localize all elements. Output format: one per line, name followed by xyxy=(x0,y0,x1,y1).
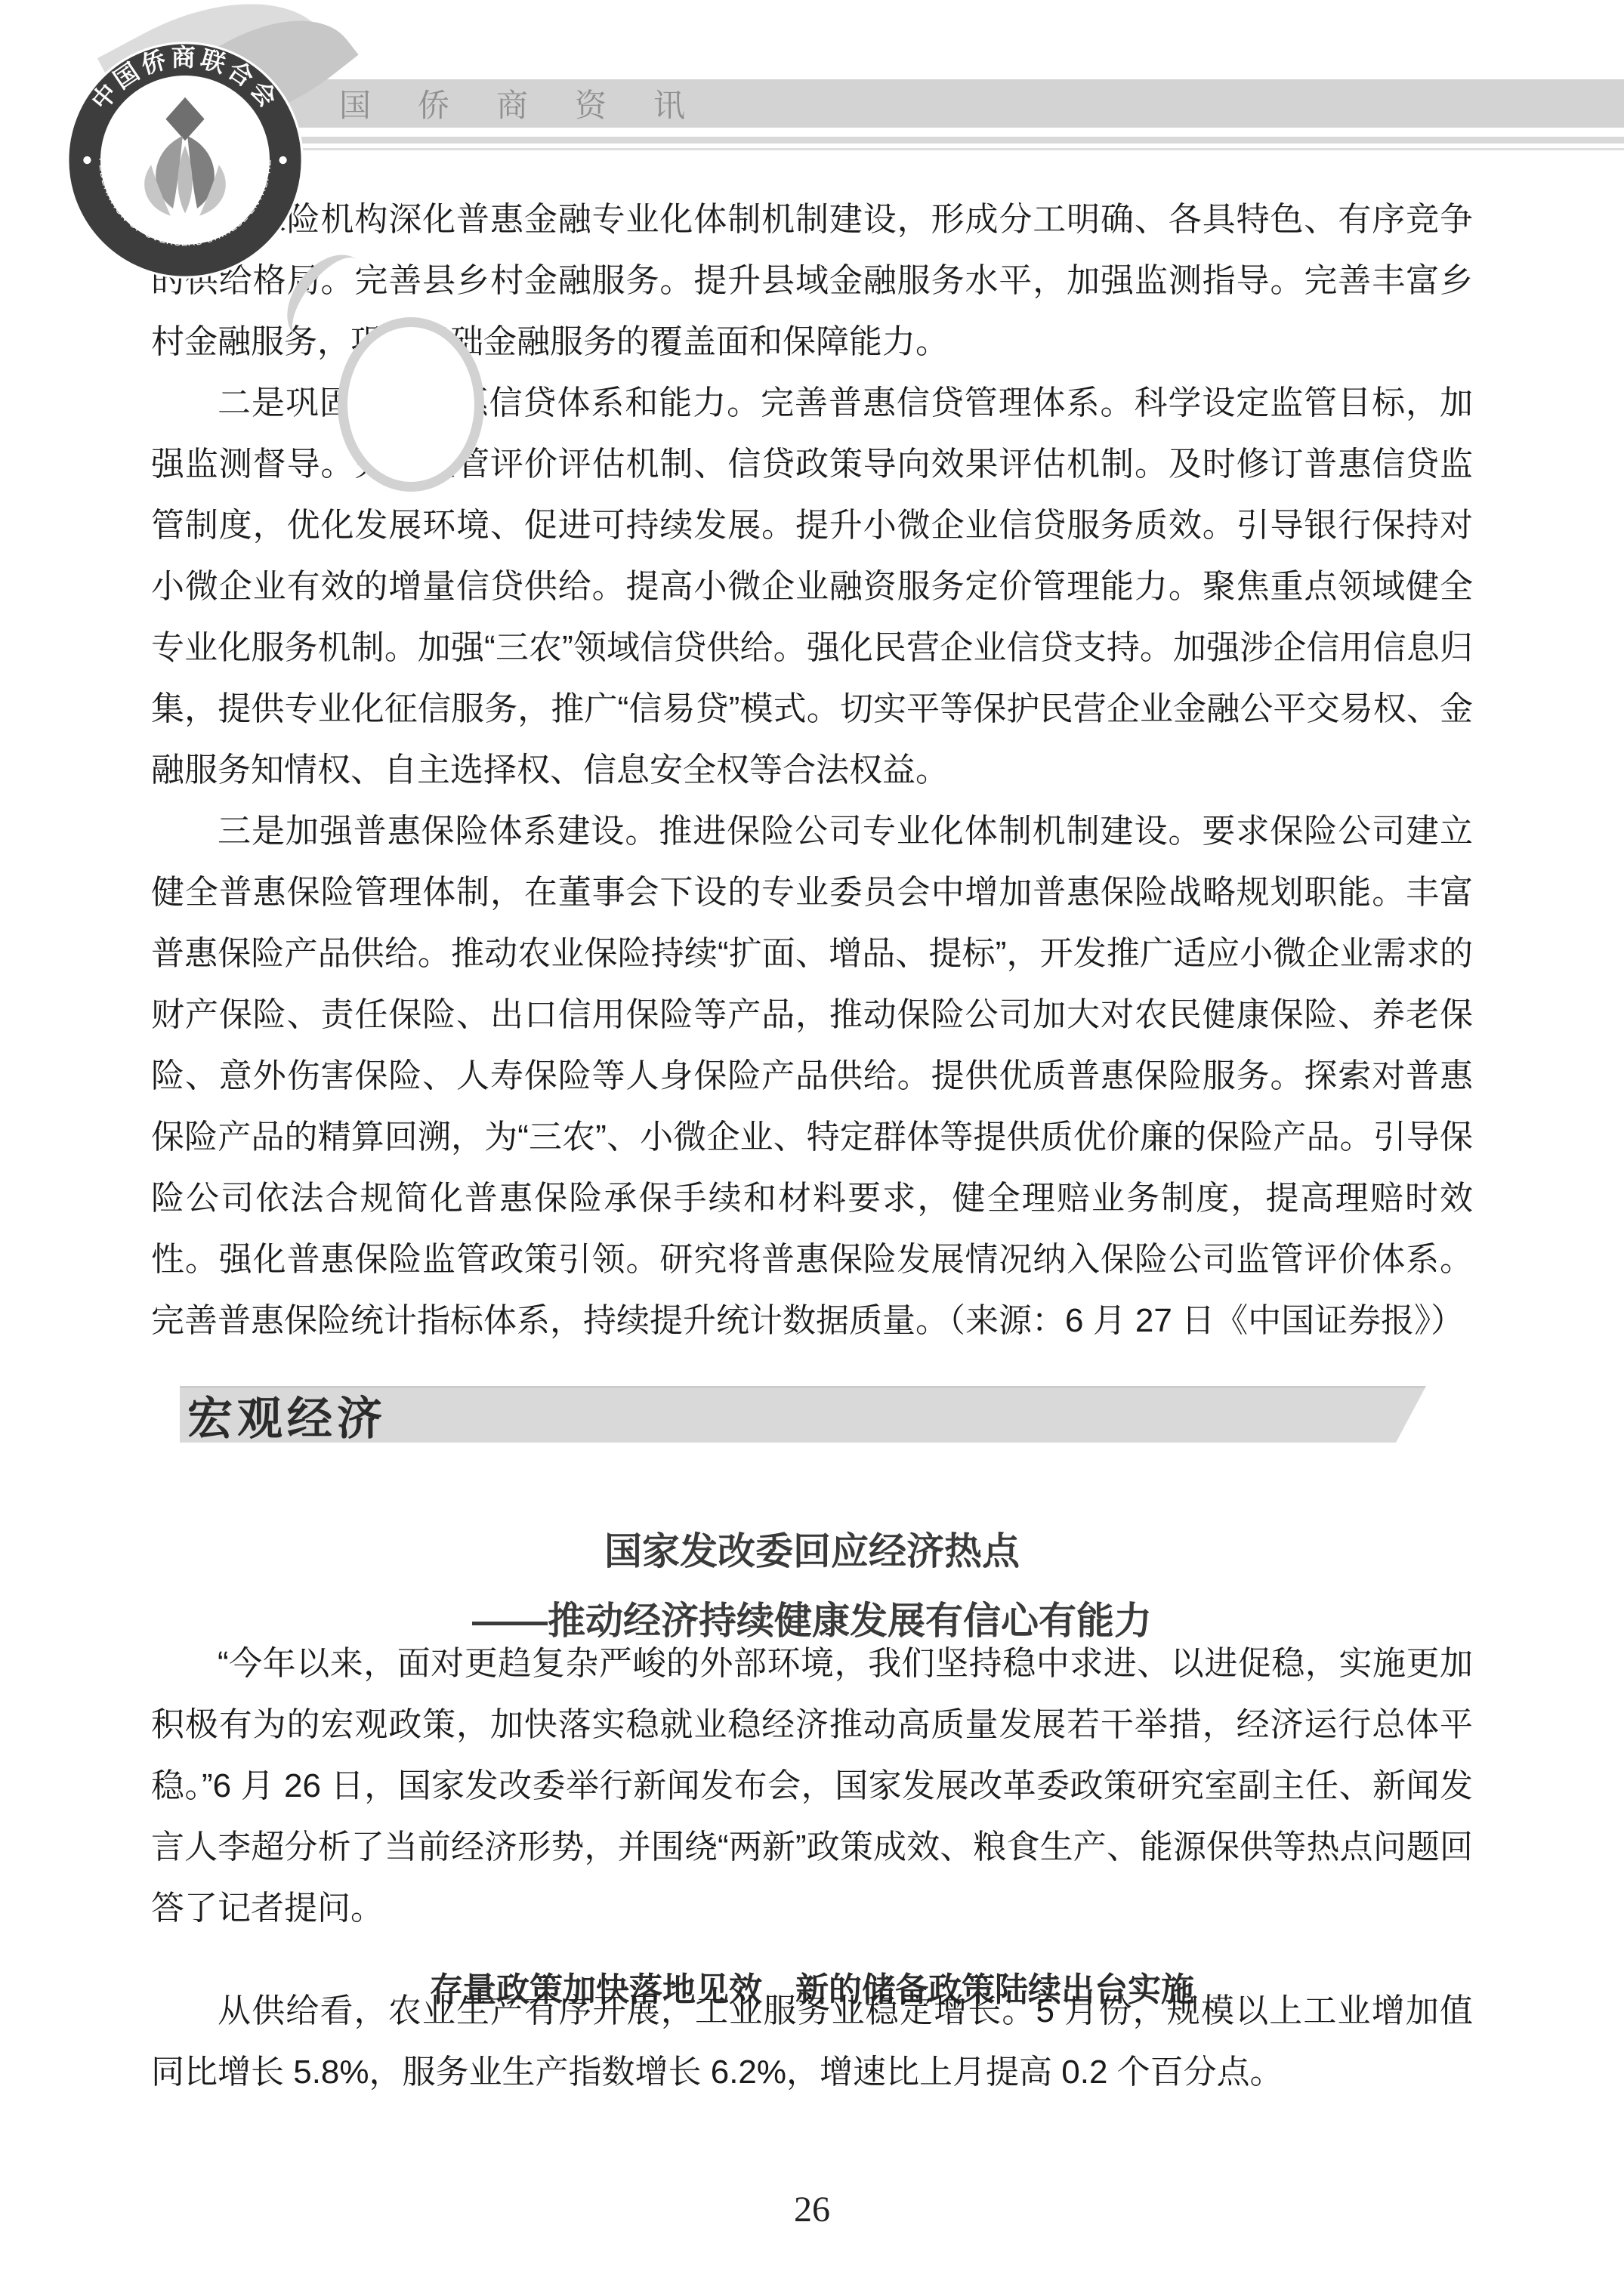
page-number: 26 xyxy=(0,2189,1624,2230)
document-page: 中国侨商资讯 中国侨商联合会 CHINA FEDERATION OF OVERS… xyxy=(0,0,1624,2293)
paragraph: 从供给看，农业生产有序开展，工业服务业稳定增长。5 月份，规模以上工业增加值同比… xyxy=(151,1980,1473,2103)
section-header-label: 宏观经济 xyxy=(180,1383,387,1448)
section-header-band: 宏观经济 xyxy=(180,1386,1426,1443)
paragraph: 三是加强普惠保险体系建设。推进保险公司专业化体制机制建设。要求保险公司建立健全普… xyxy=(151,801,1473,1351)
article-body-2: 从供给看，农业生产有序开展，工业服务业稳定增长。5 月份，规模以上工业增加值同比… xyxy=(151,1980,1473,2103)
paragraph: “今年以来，面对更趋复杂严峻的外部环境，我们坚持稳中求进、以进促稳，实施更加积极… xyxy=(151,1633,1473,1939)
badge-separator-dot xyxy=(83,156,91,164)
association-logo: 中国侨商联合会 CHINA FEDERATION OF OVERSEAS CHI… xyxy=(64,39,306,281)
badge-separator-dot xyxy=(279,156,286,164)
masthead-underline-thin xyxy=(202,148,1624,150)
logo-ring-decoration xyxy=(338,317,484,492)
association-badge-icon: 中国侨商联合会 CHINA FEDERATION OF OVERSEAS CHI… xyxy=(64,39,306,281)
masthead-bar: 中国侨商资讯 xyxy=(202,79,1624,128)
article-title-line1: 国家发改委回应经济热点 xyxy=(151,1517,1473,1586)
masthead-underline xyxy=(202,137,1624,144)
article-lead: “今年以来，面对更趋复杂严峻的外部环境，我们坚持稳中求进、以进促稳，实施更加积极… xyxy=(151,1633,1473,1939)
